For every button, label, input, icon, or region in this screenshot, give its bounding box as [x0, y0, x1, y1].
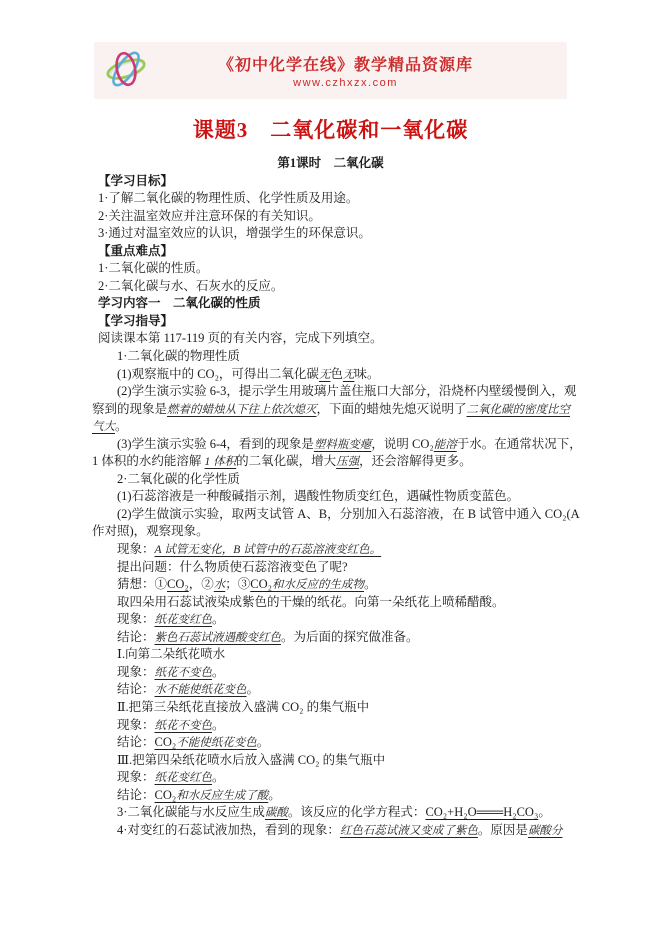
atom-logo-icon: [100, 46, 152, 97]
print-text: 取四朵用石蕊试液染成紫色的干燥的纸花。向第一朵纸花上喷稀醋酸。: [117, 595, 505, 609]
print-text: ，说明 CO₂: [371, 437, 433, 451]
text-line: 现象：纸花变红色。: [92, 611, 661, 629]
text-line: 现象：纸花变红色。: [92, 769, 661, 787]
handwritten-answer: 纸花不变色: [155, 720, 213, 732]
document-body: 第1课时 二氧化碳【学习目标】1·了解二氧化碳的物理性质、化学性质及用途。2·关…: [0, 155, 661, 839]
print-text: 。: [212, 612, 225, 626]
print-text: 于水。在通常状况下，: [457, 437, 582, 451]
text-line: 提出问题：什么物质使石蕊溶液变色了呢?: [92, 559, 661, 577]
print-text: 。: [257, 735, 270, 749]
text-line: (1)石蕊溶液是一种酸碱指示剂，遇酸性物质变红色，遇碱性物质变蓝色。: [92, 488, 661, 506]
handwritten-answer: 纸花不变色: [155, 667, 213, 679]
handwritten-answer: 和水反应的生成物: [272, 579, 364, 591]
text-line: 3·通过对温室效应的认识，增强学生的环保意识。: [92, 225, 661, 243]
handwritten-answer: 压强: [336, 456, 359, 468]
print-text: (3)学生演示实验 6-4，看到的现象是: [117, 437, 314, 451]
text-line: 作对照)，观察现象。: [92, 523, 661, 541]
site-url: www.czhxzx.com: [152, 77, 539, 89]
handwritten-answer: 水: [214, 579, 226, 591]
text-line: 【学习指导】: [92, 313, 661, 331]
text-line: 猜想：①CO₂，②水；③CO₂和水反应的生成物。: [92, 576, 661, 594]
text-line: 【学习目标】: [92, 173, 661, 191]
print-text: 1 体积的水约能溶解: [92, 454, 205, 468]
print-text: 。: [538, 805, 551, 819]
print-text: 2·二氧化碳的化学性质: [117, 472, 240, 486]
handwritten-answer: A 试管无变化，B 试管中的石蕊溶液变红色。: [155, 544, 382, 556]
print-text: 。: [364, 577, 377, 591]
text-line: (1)观察瓶中的 CO₂，可得出二氧化碳无色无味。: [92, 366, 661, 384]
print-text: ，还会溶解得更多。: [359, 454, 472, 468]
print-text: 。: [247, 682, 260, 696]
handwritten-answer: 无: [343, 369, 355, 381]
text-line: 1·二氧化碳的物理性质: [92, 348, 661, 366]
text-line: 现象：纸花不变色。: [92, 717, 661, 735]
text-line: 第1课时 二氧化碳: [92, 155, 661, 173]
heading-text: 【学习指导】: [98, 314, 173, 328]
text-line: Ⅰ.向第二朵纸花喷水: [92, 646, 661, 664]
text-line: 取四朵用石蕊试液染成紫色的干燥的纸花。向第一朵纸花上喷稀醋酸。: [92, 594, 661, 612]
print-text: 提出问题：什么物质使石蕊溶液变色了呢?: [117, 560, 348, 574]
heading-text: 【重点难点】: [98, 244, 173, 258]
handwritten-answer: 纸花变红色: [155, 614, 213, 626]
print-text: 3·通过对温室效应的认识，增强学生的环保意识。: [98, 226, 371, 240]
print-text: (1)石蕊溶液是一种酸碱指示剂，遇酸性物质变红色，遇碱性物质变蓝色。: [117, 489, 519, 503]
text-line: Ⅱ.把第三朵纸花直接放入盛满 CO₂ 的集气瓶中: [92, 699, 661, 717]
handwritten-answer: 塑料瓶变瘪: [314, 439, 372, 451]
print-text: 阅读课本第 117-119 页的有关内容，完成下列填空。: [98, 331, 383, 345]
document-page: 《初中化学在线》教学精品资源库 www.czhxzx.com 课题3 二氧化碳和…: [0, 0, 661, 935]
handwritten-answer: 和水反应生成了酸: [176, 790, 268, 802]
underlined-text: CO₂+H₂O═══H₂CO₃: [425, 805, 538, 819]
print-text: 。: [115, 419, 128, 433]
print-text: 结论：: [117, 735, 155, 749]
text-line: (3)学生演示实验 6-4，看到的现象是塑料瓶变瘪，说明 CO₂能溶于水。在通常…: [92, 436, 661, 454]
handwritten-answer: 纸花变红色: [155, 772, 213, 784]
banner-text-block: 《初中化学在线》教学精品资源库 www.czhxzx.com: [152, 52, 567, 89]
text-line: 1 体积的水约能溶解 1 体积的二氧化碳，增大压强，还会溶解得更多。: [92, 453, 661, 471]
print-text: 味。: [354, 367, 379, 381]
print-text: ，下面的蜡烛先熄灭说明了: [317, 402, 467, 416]
print-text: 结论：: [117, 788, 155, 802]
text-line: 2·二氧化碳的化学性质: [92, 471, 661, 489]
site-title: 《初中化学在线》教学精品资源库: [152, 52, 539, 75]
print-text: 3·二氧化碳能与水反应生成: [117, 805, 265, 819]
print-text: 结论：: [117, 682, 155, 696]
text-line: Ⅲ.把第四朵纸花喷水后放入盛满 CO₂ 的集气瓶中: [92, 752, 661, 770]
site-banner: 《初中化学在线》教学精品资源库 www.czhxzx.com: [94, 42, 567, 99]
heading-text: 【学习目标】: [98, 174, 173, 188]
print-text: 现象：: [117, 612, 155, 626]
print-text: 。: [212, 770, 225, 784]
handwritten-answer: 1 体积: [205, 456, 237, 468]
print-text: 的二氧化碳，增大: [236, 454, 336, 468]
text-line: (2)学生演示实验 6-3，提示学生用玻璃片盖住瓶口大部分，沿烧杯内壁缓慢倒入，…: [92, 383, 661, 401]
handwritten-answer: 燃着的蜡烛从下往上依次熄灭: [167, 404, 317, 416]
page-title: 课题3 二氧化碳和一氧化碳: [0, 116, 661, 144]
text-line: 察到的现象是燃着的蜡烛从下往上依次熄灭，下面的蜡烛先熄灭说明了二氧化碳的密度比空: [92, 401, 661, 419]
text-line: 现象：纸花不变色。: [92, 664, 661, 682]
handwritten-answer: 无: [319, 369, 331, 381]
print-text: 现象：: [117, 718, 155, 732]
handwritten-answer: 二氧化碳的密度比空: [467, 404, 571, 416]
print-text: Ⅱ.把第三朵纸花直接放入盛满 CO₂ 的集气瓶中: [117, 700, 369, 714]
print-text: 现象：: [117, 770, 155, 784]
print-text: (1)观察瓶中的 CO₂，可得出二氧化碳: [117, 367, 319, 381]
print-text: ；③: [225, 577, 250, 591]
text-line: (2)学生做演示实验，取两支试管 A、B，分别加入石蕊溶液，在 B 试管中通入 …: [92, 506, 661, 524]
print-text: 2·关注温室效应并注意环保的有关知识。: [98, 209, 321, 223]
print-text: 现象：: [117, 542, 155, 556]
print-text: 。该反应的化学方程式：: [288, 805, 426, 819]
text-line: 4·对变红的石蕊试液加热，看到的现象：红色石蕊试液又变成了紫色。原因是碳酸分: [92, 822, 661, 840]
text-line: 2·二氧化碳与水、石灰水的反应。: [92, 278, 661, 296]
handwritten-answer: 碳酸分: [528, 825, 563, 837]
print-text: 。: [212, 718, 225, 732]
text-line: 2·关注温室效应并注意环保的有关知识。: [92, 208, 661, 226]
handwritten-answer: 气大: [92, 421, 115, 433]
text-line: 3·二氧化碳能与水反应生成碳酸。该反应的化学方程式：CO₂+H₂O═══H₂CO…: [92, 804, 661, 822]
handwritten-answer: 不能使纸花变色: [176, 737, 257, 749]
handwritten-answer: 红色石蕊试液又变成了紫色: [340, 825, 478, 837]
print-text: (2)学生演示实验 6-3，提示学生用玻璃片盖住瓶口大部分，沿烧杯内壁缓慢倒入，…: [117, 384, 576, 398]
print-text: 猜想：①: [117, 577, 167, 591]
text-line: 【重点难点】: [92, 243, 661, 261]
print-text: 现象：: [117, 665, 155, 679]
print-text: Ⅰ.向第二朵纸花喷水: [117, 647, 225, 661]
print-text: 。为后面的探究做准备。: [281, 630, 419, 644]
handwritten-answer: 能溶: [434, 439, 457, 451]
text-line: 学习内容一 二氧化碳的性质: [92, 295, 661, 313]
heading-text: 学习内容一 二氧化碳的性质: [98, 296, 261, 310]
underlined-text: CO₂: [167, 577, 189, 591]
underlined-text: CO₂: [155, 735, 177, 749]
text-line: 阅读课本第 117-119 页的有关内容，完成下列填空。: [92, 330, 661, 348]
logo-ellipse-green: [106, 56, 147, 82]
print-text: 作对照)，观察现象。: [92, 524, 209, 538]
handwritten-answer: 紫色石蕊试液遇酸变红色: [155, 632, 282, 644]
print-text: 察到的现象是: [92, 402, 167, 416]
text-line: 结论：水不能使纸花变色。: [92, 681, 661, 699]
print-text: 结论：: [117, 630, 155, 644]
underlined-text: CO₂: [250, 577, 272, 591]
print-text: 。: [212, 665, 225, 679]
print-text: 4·对变红的石蕊试液加热，看到的现象：: [117, 823, 340, 837]
text-line: 现象：A 试管无变化，B 试管中的石蕊溶液变红色。: [92, 541, 661, 559]
handwritten-answer: 水不能使纸花变色: [155, 684, 247, 696]
handwritten-answer: 碳酸: [265, 807, 288, 819]
print-text: 。: [268, 788, 281, 802]
print-text: 1·二氧化碳的性质。: [98, 261, 208, 275]
text-line: 结论：紫色石蕊试液遇酸变红色。为后面的探究做准备。: [92, 629, 661, 647]
text-line: 1·了解二氧化碳的物理性质、化学性质及用途。: [92, 190, 661, 208]
print-text: ，②: [189, 577, 214, 591]
print-text: Ⅲ.把第四朵纸花喷水后放入盛满 CO₂ 的集气瓶中: [117, 753, 385, 767]
print-text: (2)学生做演示实验，取两支试管 A、B，分别加入石蕊溶液，在 B 试管中通入 …: [117, 507, 580, 521]
print-text: 1·了解二氧化碳的物理性质、化学性质及用途。: [98, 191, 358, 205]
print-text: 。原因是: [478, 823, 528, 837]
text-line: 1·二氧化碳的性质。: [92, 260, 661, 278]
print-text: 1·二氧化碳的物理性质: [117, 349, 240, 363]
text-line: 结论：CO₂不能使纸花变色。: [92, 734, 661, 752]
underlined-text: CO₂: [155, 788, 177, 802]
text-line: 气大。: [92, 418, 661, 436]
heading-text: 第1课时 二氧化碳: [277, 156, 383, 170]
text-line: 结论：CO₂和水反应生成了酸。: [92, 787, 661, 805]
print-text: 2·二氧化碳与水、石灰水的反应。: [98, 279, 283, 293]
print-text: 色: [330, 367, 343, 381]
